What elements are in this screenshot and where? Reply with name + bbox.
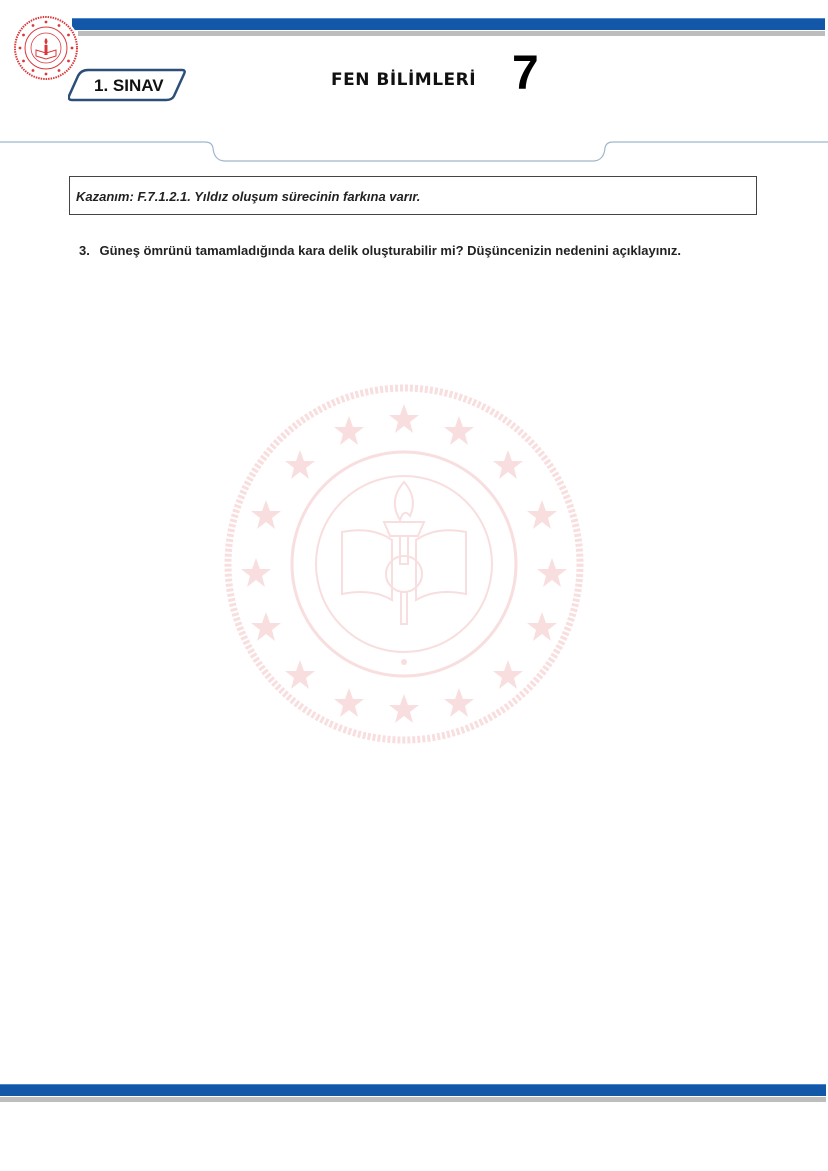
footer-blue-bar (0, 1084, 826, 1096)
learning-outcome-text: Kazanım: F.7.1.2.1. Yıldız oluşum süreci… (76, 189, 420, 204)
exam-label: 1. SINAV (94, 76, 164, 96)
grade-number: 7 (512, 50, 539, 98)
header-grey-bar (78, 31, 825, 36)
question-3: 3. Güneş ömrünü tamamladığında kara deli… (79, 243, 681, 258)
learning-outcome-box: Kazanım: F.7.1.2.1. Yıldız oluşum süreci… (69, 176, 757, 215)
question-text: Güneş ömrünü tamamladığında kara delik o… (99, 243, 681, 258)
footer-grey-bar (0, 1097, 826, 1102)
header-blue-bar (72, 18, 825, 30)
exam-label-badge: 1. SINAV (68, 68, 186, 101)
question-number: 3. (79, 243, 90, 258)
header-divider-curve (0, 138, 828, 168)
subject-title: FEN BİLİMLERİ (331, 70, 476, 90)
meb-seal-watermark-icon (222, 382, 586, 746)
